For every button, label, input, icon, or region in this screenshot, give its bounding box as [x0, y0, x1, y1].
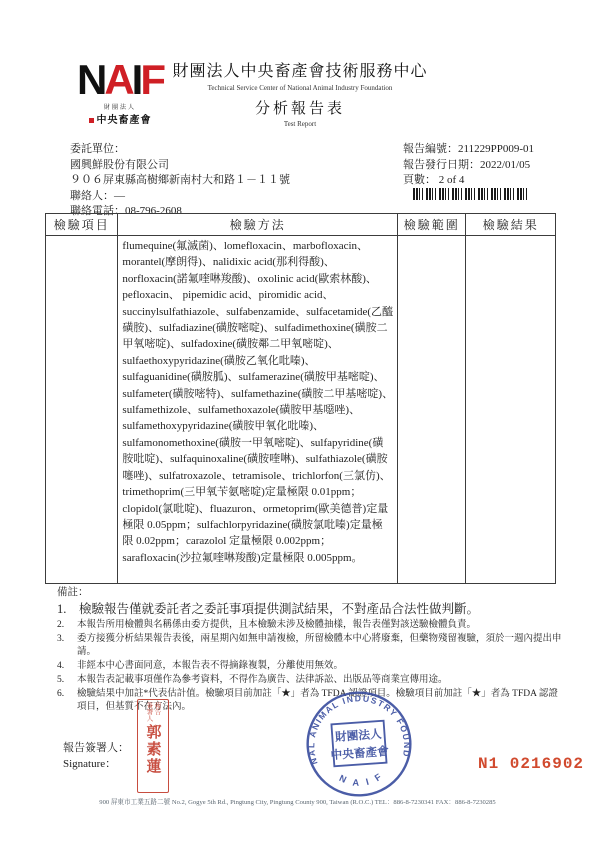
note-number: 4.	[57, 660, 77, 673]
note-number: 1.	[57, 601, 79, 618]
col-header-range: 檢驗範圍	[398, 214, 466, 236]
note-number: 3.	[57, 633, 77, 659]
footer-address: 900 屏東市工業五路二號 No.2, Gogye 5th Rd., Pingt…	[0, 796, 595, 806]
note-number: 6.	[57, 688, 77, 714]
report-title-zh: 分析報告表	[150, 97, 450, 118]
org-name-zh: 財團法人中央畜產會技術服務中心	[150, 58, 450, 81]
client-company: 國興鮮股份有限公司	[70, 158, 290, 174]
signature-label-zh: 報告簽署人：	[63, 740, 129, 756]
note-item: 2. 本報告所用檢體與名稱係由委方提供，且本檢驗未涉及檢體抽樣，報告表僅對該送驗…	[57, 619, 562, 632]
report-title-en: Test Report	[150, 120, 450, 128]
col-header-item: 檢驗項目	[46, 214, 118, 236]
report-meta-block: 報告編號：211229PP009-01 報告發行日期：2022/01/05 頁數…	[403, 142, 534, 189]
client-unit-label: 委託單位：	[70, 142, 290, 158]
note-item: 1. 檢驗報告僅就委託者之委託事項提供測試結果，不對產品合法性做判斷。	[57, 601, 562, 618]
note-number: 2.	[57, 619, 77, 632]
seal-bottom-text: N A I F	[337, 770, 386, 790]
table-row: flumequine(氟滅菌)、lomefloxacin、marbofloxac…	[46, 236, 556, 584]
note-text: 委方接獲分析結果報告表後，兩星期內如無申請複檢，所留檢體本中心將廢棄，但藥物殘留…	[77, 633, 562, 659]
stamp-title: 報告 簽署人	[146, 702, 161, 722]
report-issue-date: 報告發行日期：2022/01/05	[403, 158, 534, 174]
org-name-en: Technical Service Center of National Ani…	[150, 84, 450, 92]
note-item: 3. 委方接獲分析結果報告表後，兩星期內如無申請複檢，所留檢體本中心將廢棄，但藥…	[57, 633, 562, 659]
note-text: 本報告表記載事項僅作為參考資料，不得作為廣告、法律訴訟、出版品等商業宣傳用途。	[77, 674, 562, 687]
note-item: 4. 非經本中心書面同意，本報告表不得摘錄複製，分離使用無效。	[57, 660, 562, 673]
test-report-page: NAIF 財團法人 中央畜產會 財團法人中央畜產會技術服務中心 Technica…	[0, 0, 595, 842]
seal-inner-line1: 財團法人	[335, 727, 383, 744]
signature-label-en: Signature：	[63, 756, 129, 772]
stamp-signer-name: 郭素蓮	[143, 724, 164, 775]
note-text: 本報告所用檢體與名稱係由委方提供，且本檢驗未涉及檢體抽樣，報告表僅對該送驗檢體負…	[77, 619, 562, 632]
report-header: 財團法人中央畜產會技術服務中心 Technical Service Center…	[150, 58, 450, 128]
cell-method: flumequine(氟滅菌)、lomefloxacin、marbofloxac…	[118, 236, 398, 584]
report-number: 報告編號：211229PP009-01	[403, 142, 534, 158]
client-contact: 聯絡人：—	[70, 189, 290, 205]
test-result-table: 檢驗項目 檢驗方法 檢驗範圍 檢驗結果 flumequine(氟滅菌)、lome…	[45, 213, 556, 584]
client-info-block: 委託單位： 國興鮮股份有限公司 ９０６屏東縣高樹鄉新南村大和路１－１１號 聯絡人…	[70, 142, 290, 220]
signature-block: 報告簽署人： Signature：	[63, 740, 129, 772]
cell-range	[398, 236, 466, 584]
report-serial-number: N1 0216902	[478, 755, 584, 773]
note-text: 非經本中心書面同意，本報告表不得摘錄複製，分離使用無效。	[77, 660, 562, 673]
logo-letter-a: A	[104, 56, 131, 103]
barcode	[413, 188, 527, 200]
client-address: ９０６屏東縣高樹鄉新南村大和路１－１１號	[70, 173, 290, 189]
cell-item	[46, 236, 118, 584]
report-pages: 頁數： 2 of 4	[403, 173, 534, 189]
cell-result	[466, 236, 556, 584]
svg-text:N A I F: N A I F	[337, 770, 386, 790]
stamp-title-left: 簽署人	[146, 702, 153, 722]
foundation-round-seal: NATIONAL ANIMAL INDUSTRY FOUNDATION N A …	[299, 684, 419, 804]
notes-title: 備註：	[57, 584, 562, 599]
note-text: 檢驗報告僅就委託者之委託事項提供測試結果，不對產品合法性做判斷。	[79, 601, 562, 618]
signer-name-stamp: 報告 簽署人 郭素蓮	[137, 699, 169, 793]
table-header-row: 檢驗項目 檢驗方法 檢驗範圍 檢驗結果	[46, 214, 556, 236]
seal-inner-line2: 中央畜產會	[330, 744, 389, 762]
logo-letter-n: N	[77, 56, 104, 103]
stamp-title-right: 報告	[154, 702, 161, 722]
note-number: 5.	[57, 674, 77, 687]
note-item: 5. 本報告表記載事項僅作為參考資料，不得作為廣告、法律訴訟、出版品等商業宣傳用…	[57, 674, 562, 687]
seal-icon: NATIONAL ANIMAL INDUSTRY FOUNDATION N A …	[299, 684, 419, 804]
col-header-method: 檢驗方法	[118, 214, 398, 236]
col-header-result: 檢驗結果	[466, 214, 556, 236]
